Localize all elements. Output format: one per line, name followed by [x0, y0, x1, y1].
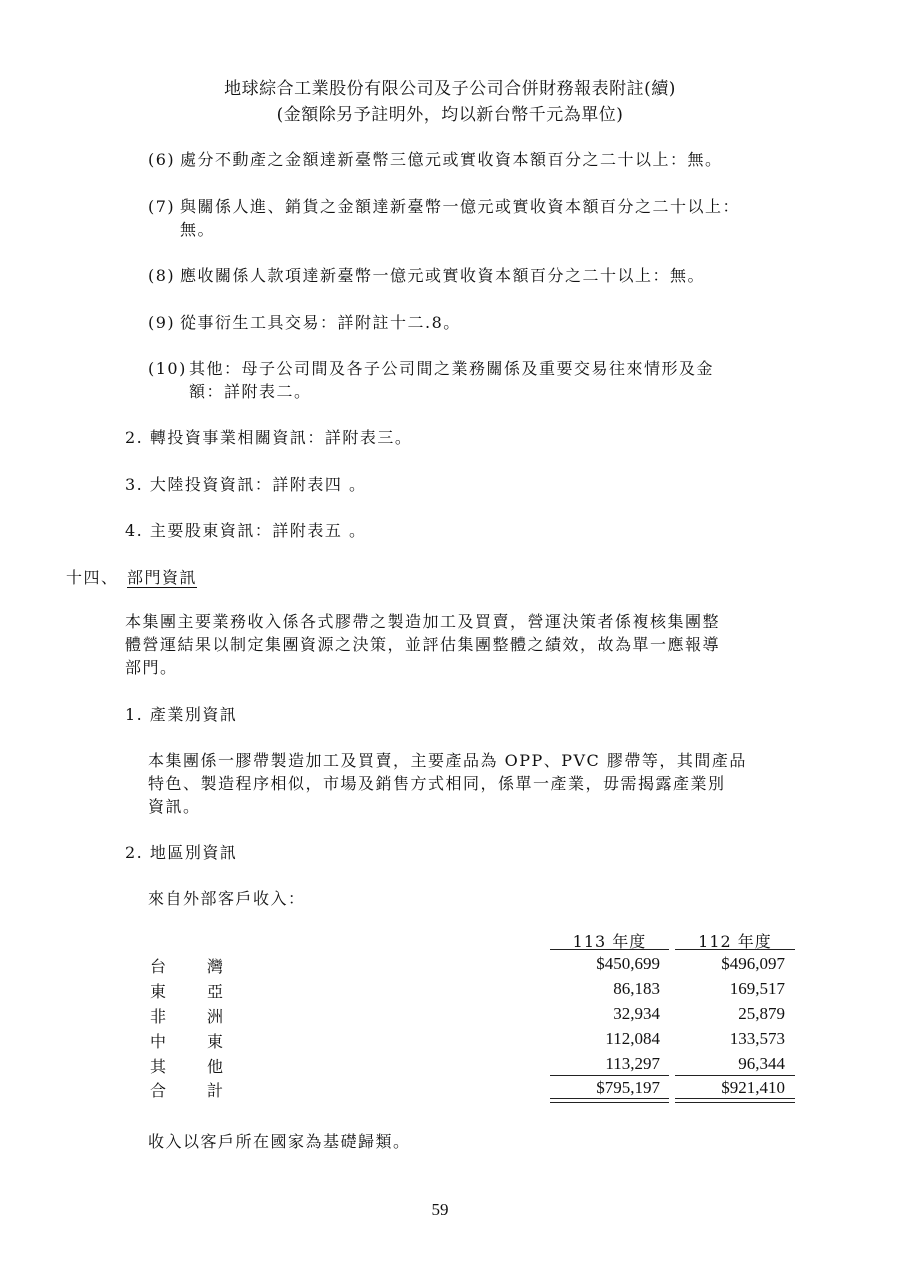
row-label-char1: 台 [150, 954, 166, 977]
item-7-text-cont: 無。 [180, 216, 215, 244]
row-label-char2: 灣 [207, 954, 223, 977]
section-14-title: 部門資訊 [127, 564, 197, 592]
row-label-char1: 非 [150, 1004, 166, 1027]
section-14-intro-line2: 體營運結果以制定集團資源之決策，並評估集團整體之績效，故為單一應報導 [125, 631, 720, 659]
total-label-char1: 合 [150, 1078, 166, 1101]
item-8-number: (8) [148, 262, 175, 290]
item-7-number: (7) [148, 193, 175, 221]
item-9-number: (9) [148, 309, 175, 337]
item-10-text-cont: 額：詳附表二。 [189, 378, 312, 406]
region-heading: 2. 地區別資訊 [125, 839, 237, 867]
document-title: 地球綜合工業股份有限公司及子公司合併財務報表附註(續) [0, 74, 900, 99]
cell-other-113: 113,297 [550, 1054, 660, 1074]
row-label-char1: 其 [150, 1054, 166, 1077]
industry-text-line2: 特色、製造程序相似，市場及銷售方式相同，係單一產業，毋需揭露產業別 [148, 770, 726, 798]
cell-east-asia-113: 86,183 [550, 979, 660, 999]
revenue-label: 來自外部客戶收入： [148, 885, 306, 913]
total-double-rule-112 [675, 1098, 795, 1103]
header-rule-113 [550, 949, 669, 950]
cell-africa-112: 25,879 [675, 1004, 785, 1024]
cell-total-113: $795,197 [550, 1078, 660, 1098]
cell-middle-east-112: 133,573 [675, 1029, 785, 1049]
cell-other-112: 96,344 [675, 1054, 785, 1074]
row-label-char2: 東 [207, 1029, 223, 1052]
section-14-intro-line3: 部門。 [125, 654, 178, 682]
item-9-text: 從事衍生工具交易：詳附註十二.8。 [180, 309, 461, 337]
item-6-number: (6) [148, 146, 175, 174]
subitem-2: 2. 轉投資事業相關資訊：詳附表三。 [125, 424, 412, 452]
row-label-char1: 中 [150, 1029, 166, 1052]
total-label-char2: 計 [207, 1078, 223, 1101]
industry-text-line3: 資訊。 [148, 793, 201, 821]
document-subtitle: (金額除另予註明外，均以新台幣千元為單位) [0, 100, 900, 125]
industry-heading: 1. 產業別資訊 [125, 701, 237, 729]
cell-east-asia-112: 169,517 [675, 979, 785, 999]
page-number: 59 [0, 1200, 880, 1220]
total-double-rule-113 [550, 1098, 669, 1103]
cell-africa-113: 32,934 [550, 1004, 660, 1024]
cell-total-112: $921,410 [675, 1078, 785, 1098]
item-10-number: (10) [148, 355, 187, 383]
item-6-text: 處分不動產之金額達新臺幣三億元或實收資本額百分之二十以上：無。 [180, 146, 723, 174]
section-14-prefix: 十四、 [66, 564, 119, 592]
subitem-4: 4. 主要股東資訊：詳附表五 。 [125, 517, 366, 545]
cell-middle-east-113: 112,084 [550, 1029, 660, 1049]
row-label-char2: 洲 [207, 1004, 223, 1027]
row-label-char2: 亞 [207, 979, 223, 1002]
revenue-footnote: 收入以客戶所在國家為基礎歸類。 [148, 1128, 411, 1156]
cell-taiwan-112: $496,097 [675, 954, 785, 974]
subtotal-rule-112 [675, 1075, 795, 1076]
header-rule-112 [675, 949, 795, 950]
item-7-text: 與關係人進、銷貨之金額達新臺幣一億元或實收資本額百分之二十以上： [180, 193, 740, 221]
cell-taiwan-113: $450,699 [550, 954, 660, 974]
row-label-char2: 他 [207, 1054, 223, 1077]
row-label-char1: 東 [150, 979, 166, 1002]
subtotal-rule-113 [550, 1075, 669, 1076]
subitem-3: 3. 大陸投資資訊：詳附表四 。 [125, 471, 366, 499]
item-8-text: 應收關係人款項達新臺幣一億元或實收資本額百分之二十以上：無。 [180, 262, 705, 290]
